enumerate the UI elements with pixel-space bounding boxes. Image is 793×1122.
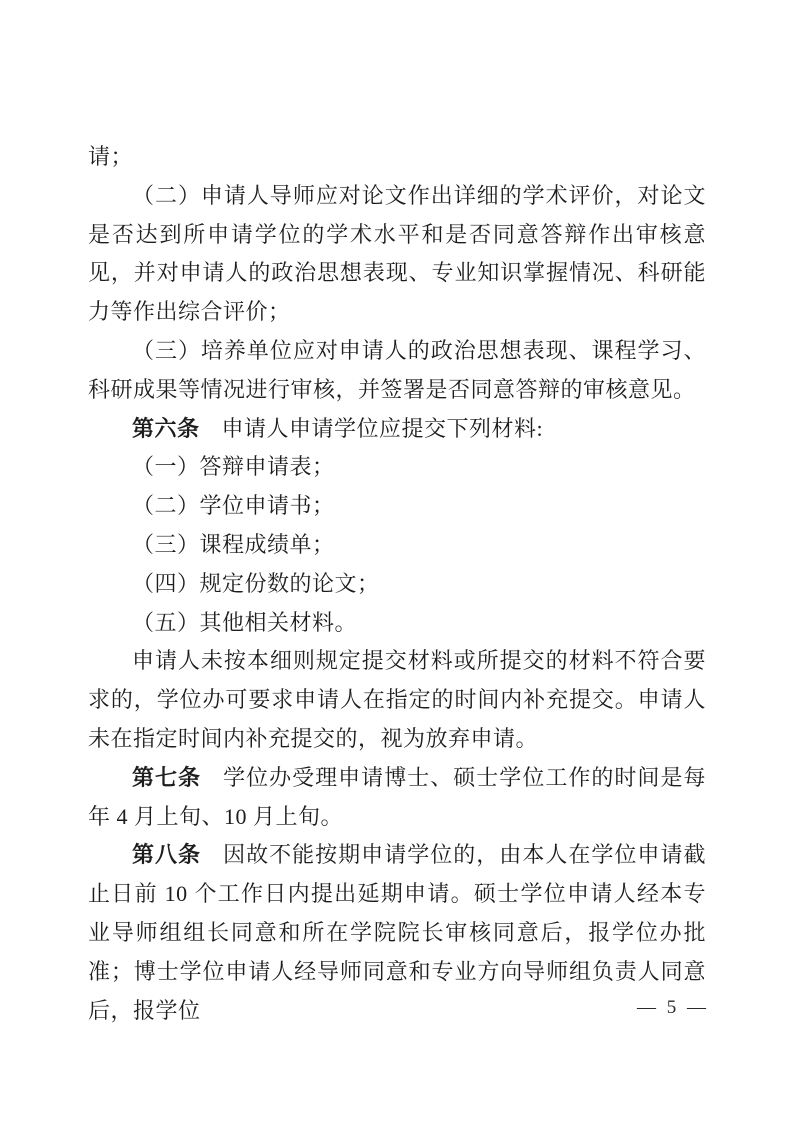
paragraph-article-7: 第七条学位办受理申请博士、硕士学位工作的时间是每年 4 月上旬、10 月上旬。 [88, 759, 706, 837]
paragraph-clause-2: （二）申请人导师应对论文作出详细的学术评价，对论文是否达到所申请学位的学术水平和… [88, 177, 706, 332]
paragraph-clause-3: （三）培养单位应对申请人的政治思想表现、课程学习、科研成果等情况进行审核，并签署… [88, 332, 706, 410]
paragraph-article-6: 第六条申请人申请学位应提交下列材料: [88, 410, 706, 449]
paragraph-item-2: （二）学位申请书； [88, 487, 706, 526]
article-6-label: 第六条 [132, 416, 200, 441]
paragraph-continuation: 请； [88, 138, 706, 177]
paragraph-article-8: 第八条因故不能按期申请学位的，由本人在学位申请截止日前 10 个工作日内提出延期… [88, 836, 706, 1030]
paragraph-item-3: （三）课程成绩单； [88, 526, 706, 565]
article-8-text: 因故不能按期申请学位的，由本人在学位申请截止日前 10 个工作日内提出延期申请。… [88, 842, 706, 1022]
paragraph-item-4: （四）规定份数的论文； [88, 565, 706, 604]
paragraph-item-1: （一）答辩申请表； [88, 448, 706, 487]
paragraph-item-5: （五）其他相关材料。 [88, 604, 706, 643]
document-body: 请； （二）申请人导师应对论文作出详细的学术评价，对论文是否达到所申请学位的学术… [88, 138, 706, 1030]
paragraph-materials-note: 申请人未按本细则规定提交材料或所提交的材料不符合要求的，学位办可要求申请人在指定… [88, 642, 706, 758]
article-7-label: 第七条 [132, 765, 201, 790]
document-page: 请； （二）申请人导师应对论文作出详细的学术评价，对论文是否达到所申请学位的学术… [0, 0, 793, 1122]
article-6-text: 申请人申请学位应提交下列材料: [222, 416, 544, 441]
article-8-label: 第八条 [132, 842, 201, 867]
page-number: — 5 — [637, 997, 709, 1019]
